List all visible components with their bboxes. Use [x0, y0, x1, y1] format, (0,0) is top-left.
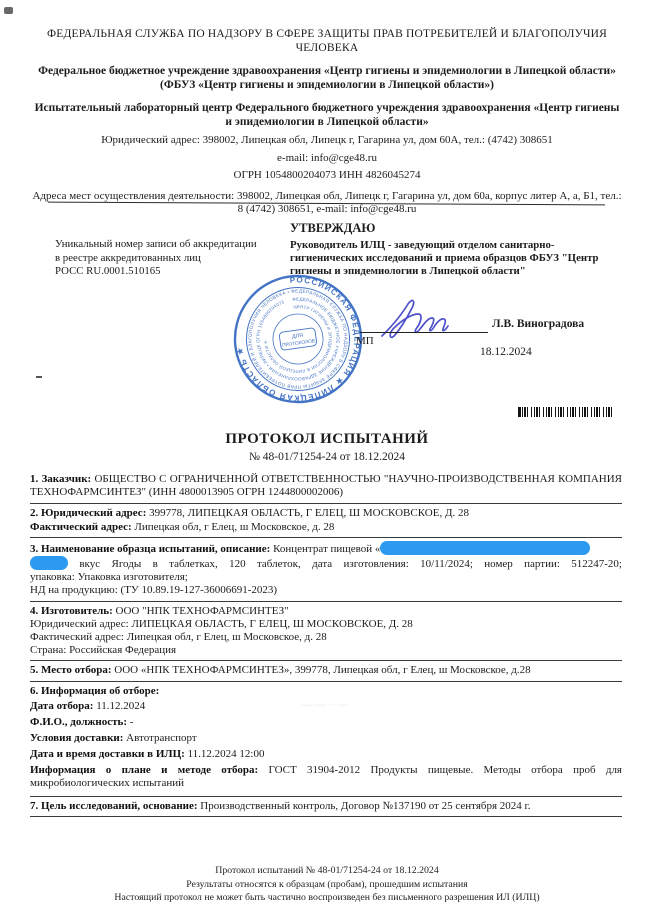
- approver-name: Л.В. Виноградова: [492, 318, 584, 330]
- federal-service-line: ФЕДЕРАЛЬНАЯ СЛУЖБА ПО НАДЗОРУ В СФЕРЕ ЗА…: [30, 27, 624, 55]
- sampling-date-value: 11.12.2024: [96, 700, 145, 712]
- mp-label: МП: [356, 335, 374, 347]
- stamp-center-line2: ПРОТОКОЛОВ: [282, 338, 316, 349]
- official-round-stamp: РОССИЙСКАЯ ФЕДЕРАЦИЯ ★ ЛИПЕЦКАЯ ОБЛАСТЬ …: [230, 271, 366, 407]
- section-sampling-place: 5. Место отбора: ООО «НПК ТЕХНОФАРМСИНТЕ…: [30, 661, 622, 681]
- protocol-sections-table: 1. Заказчик: ОБЩЕСТВО С ОГРАНИЧЕННОЙ ОТВ…: [30, 468, 622, 817]
- sampler-name-value: -: [130, 716, 134, 728]
- approval-title: УТВЕРЖДАЮ: [290, 221, 620, 236]
- approval-date: 18.12.2024: [480, 346, 532, 358]
- section-purpose: 7. Цель исследований, основание: Произво…: [30, 797, 622, 817]
- customer-value: ОБЩЕСТВО С ОГРАНИЧЕННОЙ ОТВЕТСТВЕННОСТЬЮ…: [30, 473, 622, 498]
- signature: [378, 296, 488, 342]
- document-header: ФЕДЕРАЛЬНАЯ СЛУЖБА ПО НАДЗОРУ В СФЕРЕ ЗА…: [30, 27, 624, 216]
- stamp-center-line1: ДЛЯ: [292, 333, 304, 340]
- purpose-value: Производственный контроль, Договор №1371…: [200, 800, 530, 812]
- scan-ghost-text: ·— — ·· —: [300, 700, 348, 711]
- section-customer-address: 2. Юридический адрес: 399778, ЛИПЕЦКАЯ О…: [30, 504, 622, 537]
- actual-address-value: Липецкая обл, г Елец, ш Московское, д. 2…: [134, 521, 334, 533]
- accreditation-line: Уникальный номер записи об аккредитации: [55, 238, 295, 252]
- sampling-date-label: Дата отбора:: [30, 700, 93, 712]
- sample-nd: НД на продукцию: (ТУ 10.89.19-127-360066…: [30, 584, 622, 597]
- manufacturer-country: Страна: Российская Федерация: [30, 644, 622, 657]
- sampler-name-label: Ф.И.О., должность:: [30, 716, 127, 728]
- customer-label: 1. Заказчик:: [30, 473, 91, 485]
- section-manufacturer: 4. Изготовитель: ООО "НПК ТЕХНОФАРМСИНТЕ…: [30, 602, 622, 662]
- sample-label: 3. Наименование образца испытаний, описа…: [30, 543, 270, 555]
- sampling-place-value: ООО «НПК ТЕХНОФАРМСИНТЕЗ», 399778, Липец…: [114, 664, 530, 676]
- protocol-number: № 48-01/71254-24 от 18.12.2024: [0, 451, 654, 463]
- legal-address-label: 2. Юридический адрес:: [30, 507, 146, 519]
- barcode: [522, 407, 614, 417]
- page-footer: Протокол испытаний № 48-01/71254-24 от 1…: [0, 864, 654, 905]
- section-sample: 3. Наименование образца испытаний, описа…: [30, 538, 622, 602]
- footer-protocol-number: Протокол испытаний № 48-01/71254-24 от 1…: [0, 864, 654, 878]
- accreditation-line: в реестре аккредитованных лиц: [55, 252, 295, 266]
- sample-line2: вкус Ягоды в таблетках, 120 таблеток, да…: [79, 558, 622, 570]
- manufacturer-actual-address: Фактический адрес: Липецкая обл, г Елец,…: [30, 631, 622, 644]
- actual-address-label: Фактический адрес:: [30, 521, 132, 533]
- scan-artifact-corner: [4, 7, 13, 14]
- redaction-box: [30, 556, 68, 570]
- scan-ghost-text: — — — · —: [470, 668, 523, 679]
- redaction-box: [380, 541, 590, 555]
- protocol-title-block: ПРОТОКОЛ ИСПЫТАНИЙ № 48-01/71254-24 от 1…: [0, 431, 654, 463]
- sample-packaging: упаковка: Упаковка изготовителя;: [30, 571, 622, 584]
- delivery-conditions-label: Условия доставки:: [30, 732, 123, 744]
- ogrn-inn-line: ОГРН 1054800204073 ИНН 4826045274: [30, 169, 624, 182]
- legal-address-line: Юридический адрес: 398002, Липецкая обл,…: [30, 134, 624, 147]
- scan-artifact-edge: [36, 376, 42, 378]
- footer-results-note: Результаты относятся к образцам (пробам)…: [0, 878, 654, 892]
- legal-address-value: 399778, ЛИПЕЦКАЯ ОБЛАСТЬ, Г ЕЛЕЦ, Ш МОСК…: [149, 507, 469, 519]
- sampling-plan-label: Информация о плане и методе отбора:: [30, 764, 258, 776]
- footer-copy-note: Настоящий протокол не может быть частичн…: [0, 891, 654, 905]
- sample-value-start: Концентрат пищевой «: [273, 543, 380, 555]
- delivery-conditions-value: Автотранспорт: [126, 732, 197, 744]
- purpose-label: 7. Цель исследований, основание:: [30, 800, 198, 812]
- section-sampling-info: 6. Информация об отборе: Дата отбора: 11…: [30, 682, 622, 797]
- manufacturer-label: 4. Изготовитель:: [30, 605, 113, 617]
- signature-line: [360, 332, 488, 333]
- protocol-title: ПРОТОКОЛ ИСПЫТАНИЙ: [0, 431, 654, 448]
- approval-block: УТВЕРЖДАЮ Руководитель ИЛЦ - заведующий …: [290, 221, 620, 278]
- delivery-datetime-label: Дата и время доставки в ИЛЦ:: [30, 748, 185, 760]
- delivery-datetime-value: 11.12.2024 12:00: [188, 748, 265, 760]
- sampling-info-label: 6. Информация об отборе:: [30, 685, 159, 697]
- organization-name: Федеральное бюджетное учреждение здравоо…: [30, 64, 624, 92]
- email-line: e-mail: info@cge48.ru: [30, 152, 624, 165]
- sampling-place-label: 5. Место отбора:: [30, 664, 112, 676]
- lab-center-name: Испытательный лабораторный центр Федерал…: [30, 101, 624, 129]
- section-customer: 1. Заказчик: ОБЩЕСТВО С ОГРАНИЧЕННОЙ ОТВ…: [30, 468, 622, 504]
- manufacturer-legal-address: Юридический адрес: ЛИПЕЦКАЯ ОБЛАСТЬ, Г Е…: [30, 618, 622, 631]
- scanned-test-protocol-page: ФЕДЕРАЛЬНАЯ СЛУЖБА ПО НАДЗОРУ В СФЕРЕ ЗА…: [0, 0, 654, 911]
- manufacturer-value: ООО "НПК ТЕХНОФАРМСИНТЕЗ": [116, 605, 289, 617]
